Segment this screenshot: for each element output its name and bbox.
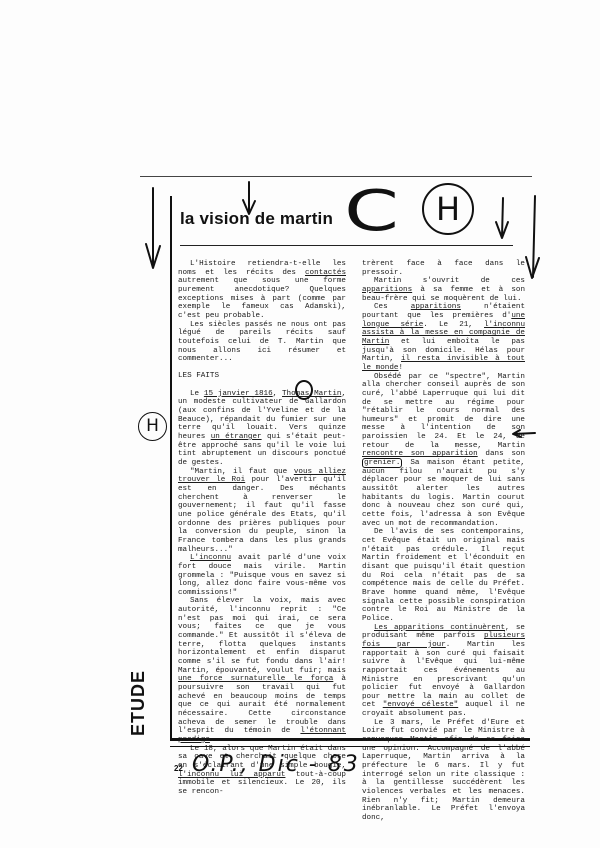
handwritten-source-note: O.P., Dic - 83: [192, 752, 360, 777]
paragraph: Obsédé par ce "spectre", Martin alla che…: [362, 373, 525, 529]
right-column: trèrent face à face dans le pressoir. Ma…: [362, 260, 525, 823]
circled-word: grenier.: [362, 458, 402, 468]
paragraph: "Martin, il faut que vous alliez trouver…: [178, 468, 346, 555]
top-rule: [140, 176, 532, 177]
paragraph: L'Histoire retiendra-t-elle les noms et …: [178, 260, 346, 321]
title-rule: [180, 245, 513, 246]
paragraph: Sans élever la voix, mais avec autorité,…: [178, 597, 346, 744]
handwritten-letter-c: C: [344, 184, 399, 240]
paragraph: Le 15 janvier 1816, Thomas Martin, un mo…: [178, 390, 346, 468]
circled-h-annotation: H: [422, 183, 474, 235]
left-column: L'Histoire retiendra-t-elle les noms et …: [178, 260, 346, 797]
arrow-down-icon: [146, 188, 160, 268]
paragraph: trèrent face à face dans le pressoir.: [362, 260, 525, 277]
paragraph: Le 3 mars, le Préfet d'Eure et Loire fut…: [362, 719, 525, 823]
page-number: 22: [174, 764, 183, 773]
paragraph: Les apparitions continuèrent, se produis…: [362, 624, 525, 719]
article-title: la vision de martin: [180, 209, 333, 229]
paragraph: Ces apparitions n'étaient pourtant que l…: [362, 303, 525, 372]
circled-h-margin-annotation: H: [138, 412, 167, 441]
section-label-vertical: ETUDE: [128, 670, 149, 736]
paragraph: Martin s'ouvrit de ces apparitions à sa …: [362, 277, 525, 303]
section-heading: LES FAITS: [178, 372, 346, 381]
paragraph: Les siècles passés ne nous ont pas légué…: [178, 321, 346, 364]
paragraph: L'inconnu avait parlé d'une voix fort do…: [178, 554, 346, 597]
scanned-page: la vision de martin C H H L'Histoire ret…: [0, 0, 600, 848]
paragraph: De l'avis de ses contemporains, cet Evêq…: [362, 528, 525, 623]
